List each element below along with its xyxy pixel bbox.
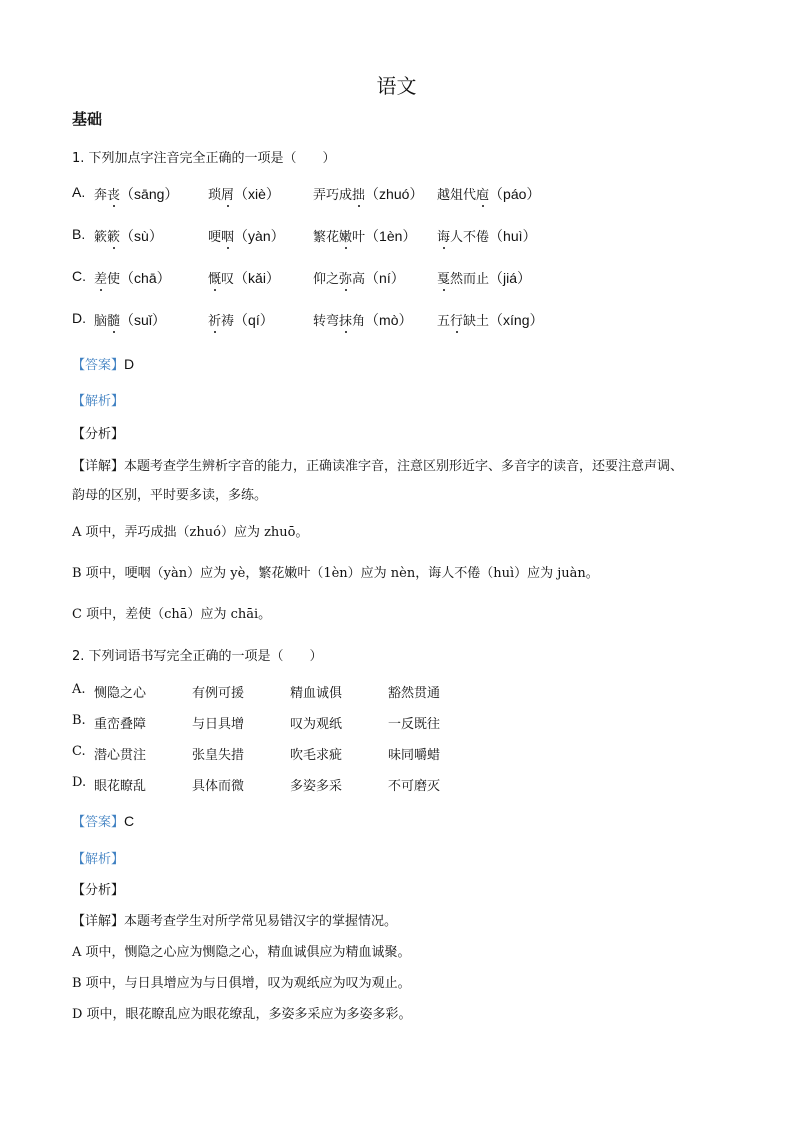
dotted-character: 戛 (437, 272, 450, 287)
option-item: 慨叹（kǎi） (208, 268, 280, 288)
option-letter: B. (72, 713, 86, 728)
option-letter: A. (72, 184, 94, 200)
section-heading: 基础 (72, 108, 102, 129)
dotted-character: 髓 (107, 314, 120, 329)
pinyin: （chā） (120, 270, 171, 286)
option-item: 诲人不倦（huì） (437, 226, 537, 246)
detail-label: 【详解】 (72, 459, 124, 474)
word-text: 角 (352, 314, 365, 329)
option-word: 与日具增 (192, 713, 244, 732)
word-text: 哽 (208, 230, 221, 245)
option-word: 具体而微 (192, 775, 244, 794)
option-word: 不可磨灭 (388, 775, 440, 794)
pinyin: （páo） (489, 186, 540, 202)
word-text: 叹 (221, 272, 234, 287)
word-text: 叶 (352, 230, 365, 245)
option-item: 戛然而止（jiá） (437, 268, 531, 288)
option-word: 恻隐之心 (94, 682, 146, 701)
word-text: 缺土 (463, 314, 489, 329)
option-item: 簌簌（sù） (94, 226, 163, 246)
option-item: 繁花嫩叶（1èn） (313, 226, 416, 246)
question-1-explanation-a: A 项中，弄巧成拙（zhuó）应为 zhuō。 (72, 521, 309, 540)
pinyin: （mò） (365, 312, 412, 328)
question-1-stem: 1. 下列加点字注音完全正确的一项是（ ） (72, 147, 336, 166)
question-2-option-d: D.眼花瞭乱具体而微多姿多采不可磨灭 (72, 775, 752, 795)
pinyin: （xiè） (234, 186, 280, 202)
option-item: 转弯抹角（mò） (313, 310, 413, 330)
dotted-character: 屑 (221, 188, 234, 203)
question-1-explanation-c: C 项中，差使（chā）应为 chāi。 (72, 603, 271, 622)
question-2-option-b: B.重峦叠障与日具增叹为观纸一反既往 (72, 713, 752, 733)
detail-text: 本题考查学生对所学常见易错汉字的掌握情况。 (124, 914, 397, 929)
question-1-answer: 【答案】D (72, 354, 134, 373)
option-item: 祈祷（qí） (208, 310, 274, 330)
option-word: 眼花瞭乱 (94, 775, 146, 794)
analysis-label: 【解析】 (72, 848, 124, 867)
word-text: 仰之 (313, 272, 339, 287)
word-text: 祷 (221, 314, 234, 329)
question-1-explanation-b: B 项中，哽咽（yàn）应为 yè，繁花嫩叶（1èn）应为 nèn，诲人不倦（h… (72, 562, 599, 581)
option-word: 豁然贯通 (388, 682, 440, 701)
dotted-character: 嫩 (339, 230, 352, 245)
word-text: 转弯 (313, 314, 339, 329)
question-2-explanation-d: D 项中，眼花瞭乱应为眼花缭乱，多姿多采应为多姿多彩。 (72, 1003, 412, 1022)
option-item: 仰之弥高（ní） (313, 268, 405, 288)
pinyin: （suǐ） (120, 312, 166, 328)
question-1-option-a: A.奔丧（sāng）琐屑（xiè）弄巧成拙（zhuó）越俎代庖（páo） (72, 184, 752, 204)
pinyin: （huì） (489, 228, 536, 244)
dotted-character: 抹 (339, 314, 352, 329)
word-text: 人不倦 (450, 230, 489, 245)
pinyin: （kǎi） (234, 270, 280, 286)
question-2-option-c: C.潜心贯注张皇失措吹毛求疵味同嚼蜡 (72, 744, 752, 764)
dotted-character: 庖 (476, 188, 489, 203)
option-item: 差使（chā） (94, 268, 171, 288)
breakdown-label: 【分析】 (72, 879, 124, 898)
option-item: 越俎代庖（páo） (437, 184, 540, 204)
option-word: 精血诚俱 (290, 682, 342, 701)
question-2-answer: 【答案】C (72, 811, 134, 830)
option-item: 弄巧成拙（zhuó） (313, 184, 423, 204)
page-title: 语文 (0, 70, 793, 99)
option-word: 多姿多采 (290, 775, 342, 794)
option-word: 叹为观纸 (290, 713, 342, 732)
option-word: 潜心贯注 (94, 744, 146, 763)
option-letter: B. (72, 226, 94, 242)
option-letter: C. (72, 268, 94, 284)
word-text: 高 (352, 272, 365, 287)
detail-text: 本题考查学生辨析字音的能力，正确读准字音，注意区别形近字、多音字的读音，还要注意… (124, 459, 683, 474)
dotted-character: 簌 (107, 230, 120, 245)
pinyin: （ní） (365, 270, 405, 286)
dotted-character: 诲 (437, 230, 450, 245)
detail-label: 【详解】 (72, 914, 124, 929)
option-item: 五行缺土（xíng） (437, 310, 544, 330)
option-letter: C. (72, 744, 86, 759)
question-1-option-c: C.差使（chā）慨叹（kǎi）仰之弥高（ní）戛然而止（jiá） (72, 268, 752, 288)
option-item: 脑髓（suǐ） (94, 310, 166, 330)
breakdown-label: 【分析】 (72, 423, 124, 442)
option-word: 有例可援 (192, 682, 244, 701)
question-1-detail-line1: 【详解】本题考查学生辨析字音的能力，正确读准字音，注意区别形近字、多音字的读音，… (72, 455, 683, 474)
option-word: 吹毛求疵 (290, 744, 342, 763)
word-text: 越俎代 (437, 188, 476, 203)
question-2-stem: 2. 下列词语书写完全正确的一项是（ ） (72, 645, 323, 664)
pinyin: （xíng） (489, 312, 543, 328)
pinyin: （sāng） (120, 186, 178, 202)
option-letter: D. (72, 310, 94, 326)
option-letter: D. (72, 775, 86, 790)
dotted-character: 差 (94, 272, 107, 287)
word-text: 弄巧成 (313, 188, 352, 203)
option-word: 一反既往 (388, 713, 440, 732)
option-letter: A. (72, 682, 86, 697)
pinyin: （jiá） (489, 270, 531, 286)
dotted-character: 祈 (208, 314, 221, 329)
question-2-detail-line1: 【详解】本题考查学生对所学常见易错汉字的掌握情况。 (72, 910, 397, 929)
pinyin: （qí） (234, 312, 274, 328)
word-text: 奔 (94, 188, 107, 203)
option-word: 重峦叠障 (94, 713, 146, 732)
pinyin: （zhuó） (365, 186, 423, 202)
question-2-option-a: A.恻隐之心有例可援精血诚俱豁然贯通 (72, 682, 752, 702)
answer-label: 【答案】 (72, 815, 124, 830)
answer-value: C (124, 813, 134, 829)
question-2-explanation-b: B 项中，与日具增应为与日俱增，叹为观纸应为叹为观止。 (72, 972, 411, 991)
dotted-character: 丧 (107, 188, 120, 203)
pinyin: （yàn） (234, 228, 285, 244)
question-1-option-d: D.脑髓（suǐ）祈祷（qí）转弯抹角（mò）五行缺土（xíng） (72, 310, 752, 330)
option-word: 张皇失措 (192, 744, 244, 763)
pinyin: （1èn） (365, 228, 416, 244)
question-1-option-b: B.簌簌（sù）哽咽（yàn）繁花嫩叶（1èn）诲人不倦（huì） (72, 226, 752, 246)
word-text: 然而止 (450, 272, 489, 287)
dotted-character: 行 (450, 314, 463, 329)
pinyin: （sù） (120, 228, 163, 244)
word-text: 使 (107, 272, 120, 287)
answer-value: D (124, 356, 134, 372)
option-word: 味同嚼蜡 (388, 744, 440, 763)
option-item: 奔丧（sāng） (94, 184, 178, 204)
option-item: 琐屑（xiè） (208, 184, 280, 204)
question-1-detail-line2: 韵母的区别，平时要多读，多练。 (72, 484, 267, 503)
dotted-character: 拙 (352, 188, 365, 203)
analysis-label: 【解析】 (72, 390, 124, 409)
dotted-character: 慨 (208, 272, 221, 287)
option-item: 哽咽（yàn） (208, 226, 285, 246)
word-text: 繁花 (313, 230, 339, 245)
word-text: 五 (437, 314, 450, 329)
answer-label: 【答案】 (72, 358, 124, 373)
word-text: 琐 (208, 188, 221, 203)
question-2-explanation-a: A 项中，恻隐之心应为恻隐之心，精血诚俱应为精血诚聚。 (72, 941, 411, 960)
word-text: 脑 (94, 314, 107, 329)
word-text: 簌 (94, 230, 107, 245)
dotted-character: 弥 (339, 272, 352, 287)
dotted-character: 咽 (221, 230, 234, 245)
